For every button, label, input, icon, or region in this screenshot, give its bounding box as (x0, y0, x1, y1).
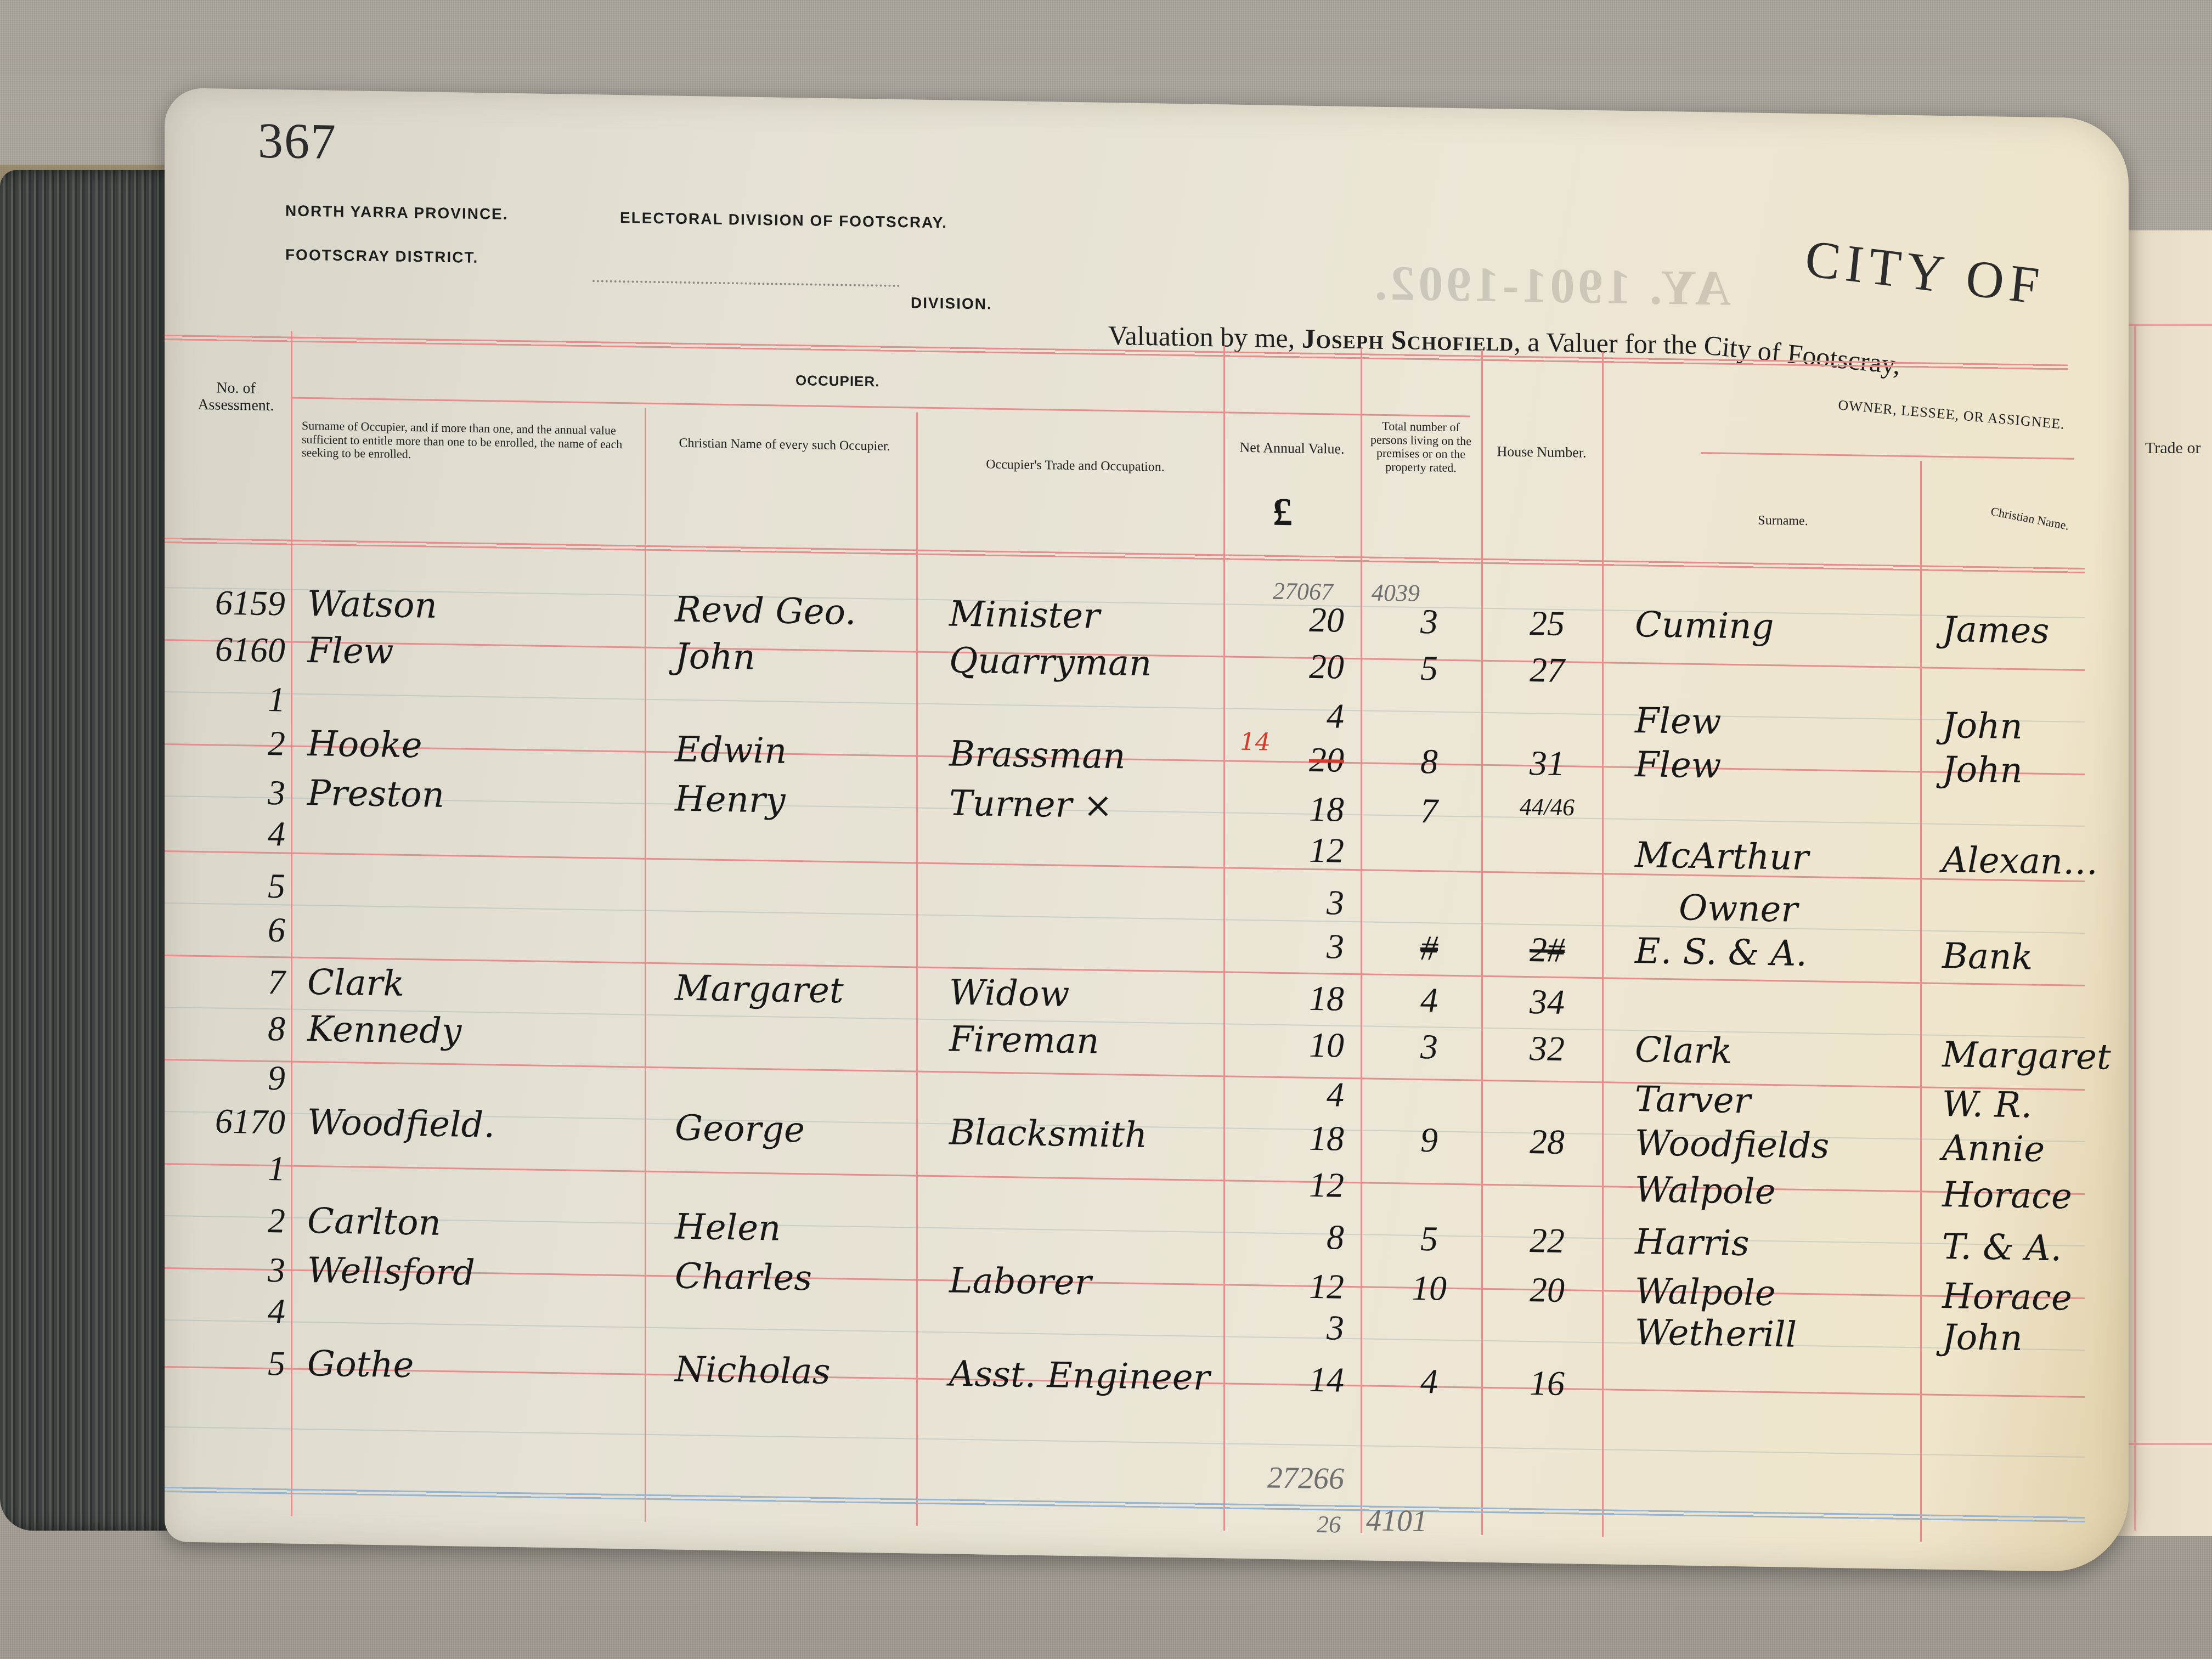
assessment-number: 5 (198, 867, 285, 904)
net-annual-value: 4 (1267, 1076, 1344, 1113)
occupier-surname: Carlton (307, 1204, 441, 1241)
net-annual-value: 12 (1267, 1167, 1344, 1203)
occupier-christian: Nicholas (675, 1352, 831, 1390)
valuation-suffix: , a Valuer for the (1514, 326, 1697, 360)
persons-living: 4 (1404, 983, 1454, 1018)
division-label: DIVISION. (911, 294, 992, 313)
occupier-christian: John (675, 639, 755, 675)
persons-living: 5 (1404, 1221, 1454, 1257)
showthrough-title: AY. 1901-1902. (1372, 255, 1731, 317)
persons-living: 7 (1404, 793, 1454, 829)
house-number: 16 (1503, 1365, 1591, 1402)
occupier-trade: Turner × (949, 786, 1113, 823)
net-annual-value: 3 (1267, 1310, 1344, 1346)
occupier-surname-header: Surname of Occupier, and if more than on… (302, 419, 636, 465)
house-number: 22 (1503, 1222, 1591, 1259)
owner-surname: McArthur (1635, 838, 1809, 876)
page-persons-total: 4101 (1366, 1503, 1427, 1539)
valuation-city: City of Footscray, (1702, 329, 1901, 381)
page-value-sum: 26 (1317, 1510, 1341, 1539)
owner-surname: Cuming (1635, 607, 1774, 645)
net-annual-value: 18 (1267, 980, 1344, 1017)
occupier-christian: Charles (675, 1259, 812, 1296)
persons-living: 5 (1404, 651, 1454, 686)
assessment-number: 1 (198, 1150, 285, 1187)
net-annual-value: 3 (1267, 884, 1344, 921)
book-page-edges (0, 170, 181, 1531)
occupier-christian: Edwin (675, 732, 787, 769)
occupier-surname: Watson (307, 586, 437, 624)
value-correction: 14 (1240, 730, 1271, 755)
valuer-name: Joseph Schofield (1302, 323, 1514, 357)
page-number: 367 (258, 111, 337, 171)
net-annual-value: 14 (1267, 1362, 1344, 1398)
faint-line (165, 1426, 2085, 1458)
facing-page-trade-header: Trade or (2145, 439, 2200, 458)
net-annual-value: 18 (1267, 1120, 1344, 1156)
owner-subheader-rule (1701, 452, 2074, 460)
persons-living: 3 (1404, 1029, 1454, 1065)
persons-living: # (1404, 930, 1454, 966)
owner-surname: Clark (1635, 1032, 1732, 1069)
net-annual-value: 18 (1267, 791, 1344, 827)
occupier-christian: Revd Geo. (675, 592, 856, 630)
owner-group-header: OWNER, LESSEE, OR ASSIGNEE. (1837, 397, 2065, 433)
net-annual-value: 8 (1267, 1219, 1344, 1255)
owner-surname: Flew (1635, 747, 1722, 783)
occupier-surname: Flew (307, 633, 394, 669)
owner-christian: Margaret (1942, 1037, 2111, 1075)
owner-surname: Flew (1635, 703, 1722, 740)
occupier-trade: Widow (949, 975, 1069, 1012)
owner-surname: Walpole (1635, 1274, 1776, 1311)
assessment-number: 6 (198, 911, 285, 948)
occupier-surname: Wellsford (307, 1253, 475, 1291)
electoral-division-label: ELECTORAL DIVISION OF FOOTSCRAY. (620, 209, 947, 232)
occupier-surname: Gothe (307, 1346, 414, 1383)
header-bottom-rule (165, 538, 2085, 573)
assessment-number: 3 (198, 1251, 285, 1288)
occupier-trade: Quarryman (949, 643, 1152, 681)
assessment-number: 2 (198, 725, 285, 761)
occupier-christian: Margaret (675, 971, 844, 1009)
assessment-number: 7 (198, 963, 285, 1000)
province-label: NORTH YARRA PROVINCE. (285, 202, 509, 223)
persons-living: 3 (1404, 604, 1454, 640)
assessment-number: 4 (198, 815, 285, 852)
occupier-trade: Brassman (949, 736, 1126, 774)
occupier-trade: Laborer (949, 1263, 1091, 1300)
net-annual-value: 20 (1267, 742, 1344, 778)
house-number: 27 (1503, 652, 1591, 689)
persons-living: 8 (1404, 744, 1454, 780)
valuation-prefix: Valuation by me, (1108, 320, 1295, 353)
owner-christian-header: Christian Name. (1974, 502, 2085, 536)
city-title: CITY OF (1802, 228, 2047, 317)
occupier-christian: Henry (675, 782, 786, 819)
ledger-page: 367 NORTH YARRA PROVINCE. ELECTORAL DIVI… (165, 88, 2129, 1572)
occupier-surname: Woodfield. (307, 1105, 495, 1143)
house-number: 34 (1503, 984, 1591, 1020)
owner-christian: James (1942, 612, 2049, 649)
total-rule (165, 1487, 2085, 1522)
persons-living: 4 (1404, 1364, 1454, 1400)
house-number: 32 (1503, 1030, 1591, 1067)
owner-surname: Tarver (1635, 1082, 1751, 1119)
owner-christian: John (1942, 752, 2023, 788)
persons-living: 10 (1404, 1271, 1454, 1306)
owner-surname: E. S. & A. (1635, 934, 1807, 972)
net-annual-value: 10 (1267, 1027, 1344, 1063)
occupier-surname: Hooke (307, 726, 422, 763)
occupier-trade: Asst. Engineer (949, 1356, 1210, 1395)
owner-christian: Alexan… (1942, 843, 2098, 880)
occupier-christian: Helen (675, 1210, 781, 1246)
occupier-trade: Minister (949, 596, 1100, 634)
occupier-surname: Clark (307, 965, 404, 1002)
owner-surname: Walpole (1635, 1172, 1776, 1210)
occupier-group-header: OCCUPIER. (795, 372, 879, 390)
net-annual-value: 4 (1267, 698, 1344, 734)
assessment-number: 6170 (198, 1103, 285, 1140)
net-annual-value: 20 (1267, 602, 1344, 638)
facing-page-column-rule (2134, 324, 2136, 1531)
owner-surname: Harris (1635, 1224, 1749, 1261)
house-number: 20 (1503, 1272, 1591, 1308)
assessment-number: 4 (198, 1293, 285, 1329)
house-number: 31 (1503, 745, 1591, 782)
owner-surname: Woodfields (1635, 1126, 1829, 1164)
net-annual-value-header: Net Annual Value. (1229, 439, 1355, 457)
house-number: 25 (1503, 605, 1591, 642)
assessment-number: 6159 (198, 585, 285, 622)
owner-surname-header: Surname. (1701, 512, 1865, 530)
net-annual-value: 3 (1267, 928, 1344, 964)
assessment-number-header: No. of Assessment. (187, 379, 285, 415)
assessment-number: 3 (198, 774, 285, 811)
house-number-header: House Number. (1487, 443, 1596, 461)
persons-living: 9 (1404, 1122, 1454, 1158)
occupier-trade-header: Occupier's Trade and Occupation. (933, 456, 1218, 476)
owner-christian: John (1942, 708, 2023, 744)
occupier-christian-header: Christian Name of every such Occupier. (658, 436, 911, 454)
net-annual-value: 20 (1267, 648, 1344, 685)
assessment-number: 9 (198, 1059, 285, 1096)
net-annual-value: 12 (1267, 1268, 1344, 1305)
page-value-total: 27266 (1267, 1460, 1344, 1497)
owner-surname: Owner (1679, 890, 1798, 927)
division-blank-line (592, 280, 900, 287)
assessment-number: 8 (198, 1010, 285, 1047)
occupier-trade: Blacksmith (949, 1115, 1147, 1153)
occupier-christian: George (675, 1111, 805, 1148)
owner-christian: Bank (1942, 939, 2033, 975)
owner-christian: Horace (1942, 1177, 2072, 1215)
pound-sign: £ (1273, 489, 1293, 535)
owner-christian: T. & A. (1942, 1229, 2062, 1266)
valuation-statement: Valuation by me, Joseph Schofield, a Val… (1108, 319, 1901, 364)
district-label: FOOTSCRAY DISTRICT. (285, 246, 478, 267)
assessment-number: 5 (198, 1345, 285, 1381)
assessment-number: 1 (198, 681, 285, 718)
house-number: 2# (1503, 932, 1591, 968)
owner-christian: John (1942, 1320, 2023, 1356)
owner-surname: Wetherill (1635, 1315, 1797, 1353)
occupier-subheader-rule (291, 397, 1470, 417)
occupier-surname: Kennedy (307, 1012, 461, 1049)
assessment-number: 2 (198, 1202, 285, 1239)
owner-christian: Horace (1942, 1279, 2072, 1316)
house-number: 44/46 (1503, 794, 1591, 820)
persons-living-header: Total number of persons living on the pr… (1363, 419, 1479, 475)
owner-christian: W. R. (1942, 1087, 2032, 1124)
occupier-surname: Preston (307, 776, 444, 813)
occupier-trade: Fireman (949, 1022, 1099, 1059)
net-annual-value: 12 (1267, 832, 1344, 868)
assessment-number: 6160 (198, 631, 285, 668)
house-number: 28 (1503, 1124, 1591, 1160)
owner-christian: Annie (1942, 1131, 2045, 1167)
